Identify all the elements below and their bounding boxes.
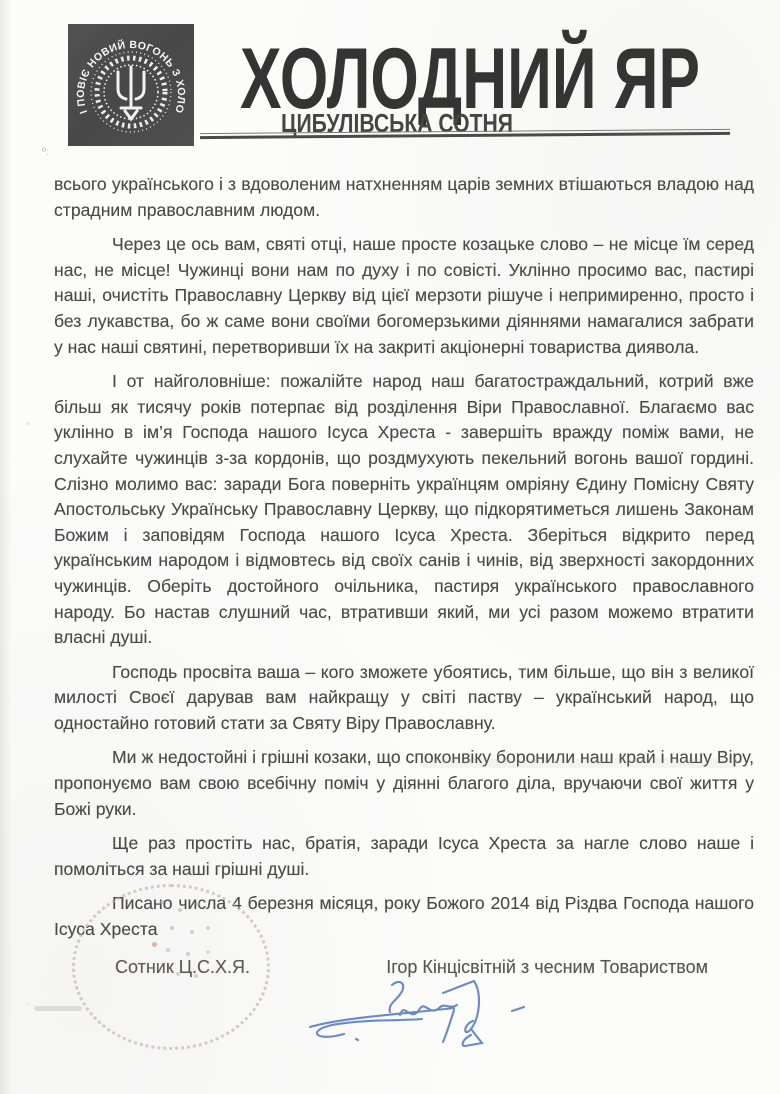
stamp-warm-dot xyxy=(152,942,157,947)
kholodny-yar-emblem: І ПОВІЄ НОВИЙ ВОГОНЬ З ХОЛОДНОГО ЯРУ xyxy=(68,24,194,146)
scan-noise-mark: * xyxy=(26,420,30,432)
paragraph: Через це ось вам, святі отці, наше прост… xyxy=(54,232,754,360)
paragraph: І от найголовніше: пожалійте народ наш б… xyxy=(54,369,754,651)
stamp-inner-dots xyxy=(160,900,164,904)
paragraph: Ми ж недостойні і грішні козаки, що спок… xyxy=(54,745,754,822)
paragraph: Ще раз простіть нас, братія, заради Ісус… xyxy=(54,831,754,882)
scan-noise-mark: ˎ xyxy=(26,994,30,1006)
scanned-letter-page: І ПОВІЄ НОВИЙ ВОГОНЬ З ХОЛОДНОГО ЯРУ ХОЛ… xyxy=(0,0,780,1094)
scan-smudge xyxy=(34,1006,82,1011)
paragraph-continuation: всього українського і з вдоволеним натхн… xyxy=(54,172,754,223)
scan-streak xyxy=(420,758,740,768)
tryzub-wreath-emblem-icon: І ПОВІЄ НОВИЙ ВОГОНЬ З ХОЛОДНОГО ЯРУ xyxy=(68,24,194,146)
letter-body: всього українського і з вдоволеним натхн… xyxy=(54,172,754,980)
faint-round-stamp xyxy=(72,884,270,1050)
paragraph: Господь просвіта ваша – кого зможете убо… xyxy=(54,660,754,737)
scan-noise-mark: ºː xyxy=(42,146,49,158)
blue-pen-signature-icon xyxy=(304,977,554,1055)
